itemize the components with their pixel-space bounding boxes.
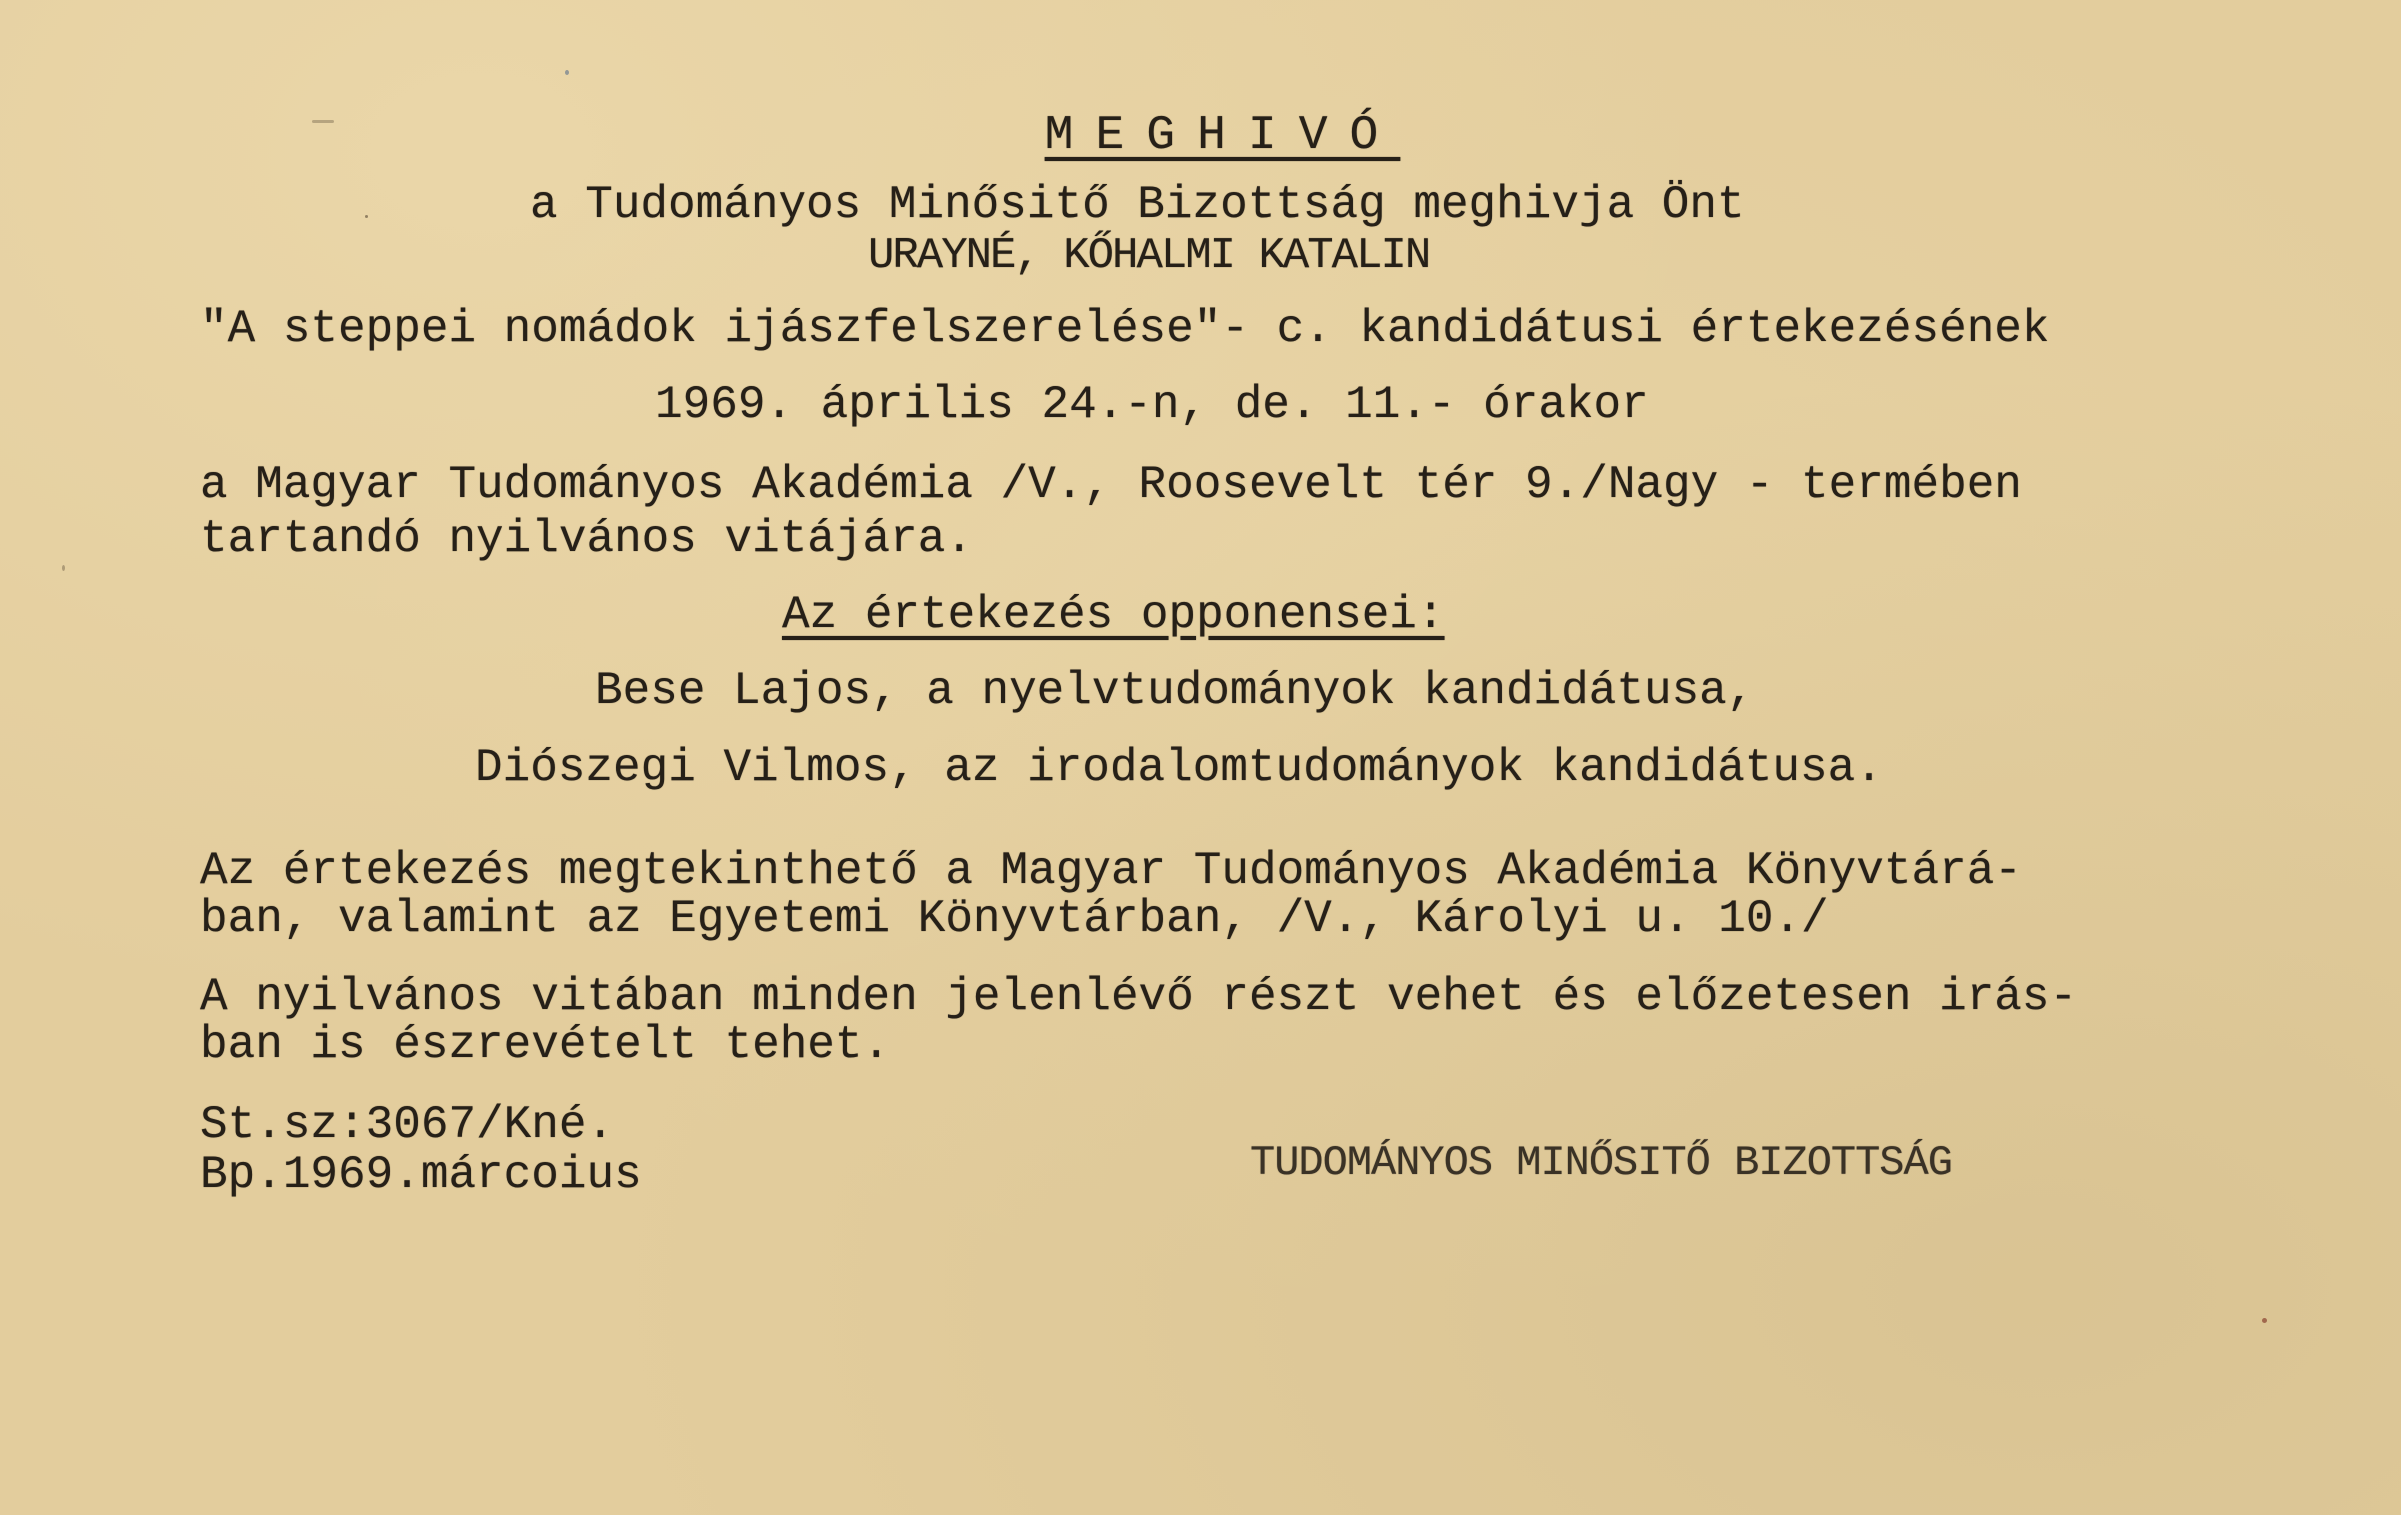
opponent-1: Bese Lajos, a nyelvtudományok kandidátus… bbox=[595, 668, 1754, 714]
invitation-document: MEGHIVÓ a Tudományos Minősitő Bizottság … bbox=[0, 0, 2401, 1515]
opponent-2: Diószegi Vilmos, az irodalomtudományok k… bbox=[475, 745, 1883, 791]
paper-speck bbox=[365, 215, 368, 218]
intro-line: a Tudományos Minősitő Bizottság meghivja… bbox=[530, 182, 1745, 228]
venue-line-1: a Magyar Tudományos Akadémia /V., Roosev… bbox=[200, 462, 2022, 508]
invitee-name: URAYNÉ, KŐHALMI KATALIN bbox=[868, 234, 1429, 278]
date-time-line: 1969. április 24.-n, de. 11.- órakor bbox=[655, 382, 1649, 428]
document-heading: MEGHIVÓ bbox=[0, 112, 2401, 160]
signature-committee: TUDOMÁNYOS MINŐSITŐ BIZOTTSÁG bbox=[1250, 1142, 1952, 1184]
participation-line-2: ban is észrevételt tehet. bbox=[200, 1022, 890, 1068]
paper-speck bbox=[62, 565, 65, 571]
place-date: Bp.1969.márcoius bbox=[200, 1152, 642, 1198]
opponents-heading: Az értekezés opponensei: bbox=[782, 592, 1445, 638]
paper-speck bbox=[312, 120, 334, 123]
availability-line-2: ban, valamint az Egyetemi Könyvtárban, /… bbox=[200, 896, 1829, 942]
venue-line-2: tartandó nyilvános vitájára. bbox=[200, 516, 973, 562]
paper-speck bbox=[565, 70, 569, 75]
thesis-title-line: "A steppei nomádok ijászfelszerelése"- c… bbox=[200, 306, 2050, 352]
reference-number: St.sz:3067/Kné. bbox=[200, 1102, 614, 1148]
availability-line-1: Az értekezés megtekinthető a Magyar Tudo… bbox=[200, 848, 2022, 894]
participation-line-1: A nyilvános vitában minden jelenlévő rés… bbox=[200, 974, 2077, 1020]
paper-speck bbox=[2262, 1318, 2267, 1323]
